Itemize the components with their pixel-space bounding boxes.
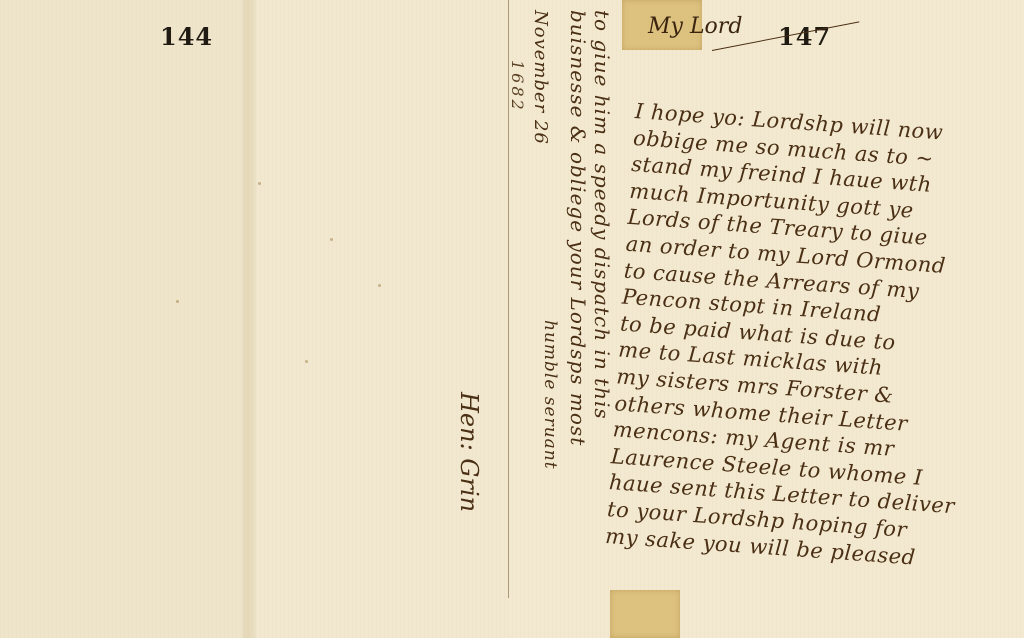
salutation: My Lord bbox=[648, 14, 742, 39]
paper-speck bbox=[176, 300, 179, 303]
paper-speck bbox=[378, 284, 381, 287]
repair-tape-bottom bbox=[610, 590, 680, 638]
letter-body: I hope yo: Lordshp will now obbige me so… bbox=[604, 98, 1023, 576]
signature: Hen: Grin bbox=[455, 392, 483, 512]
postscript-line-2: buisnesse & obliege your Lordsps most bbox=[566, 10, 590, 446]
folio-number-left: 144 bbox=[160, 22, 213, 51]
postscript-line-1: to giue him a speedy dispatch in this bbox=[590, 10, 614, 420]
paper-speck bbox=[258, 182, 261, 185]
paper-speck bbox=[330, 238, 333, 241]
blank-page-left bbox=[0, 0, 248, 638]
blank-page-middle bbox=[248, 0, 508, 638]
postscript-line-3: humble seruant bbox=[540, 320, 560, 470]
paper-speck bbox=[305, 360, 308, 363]
paper-fold-crease bbox=[242, 0, 256, 638]
letter-year: 1682 bbox=[508, 60, 527, 113]
letter-date: November 26 bbox=[530, 10, 551, 145]
